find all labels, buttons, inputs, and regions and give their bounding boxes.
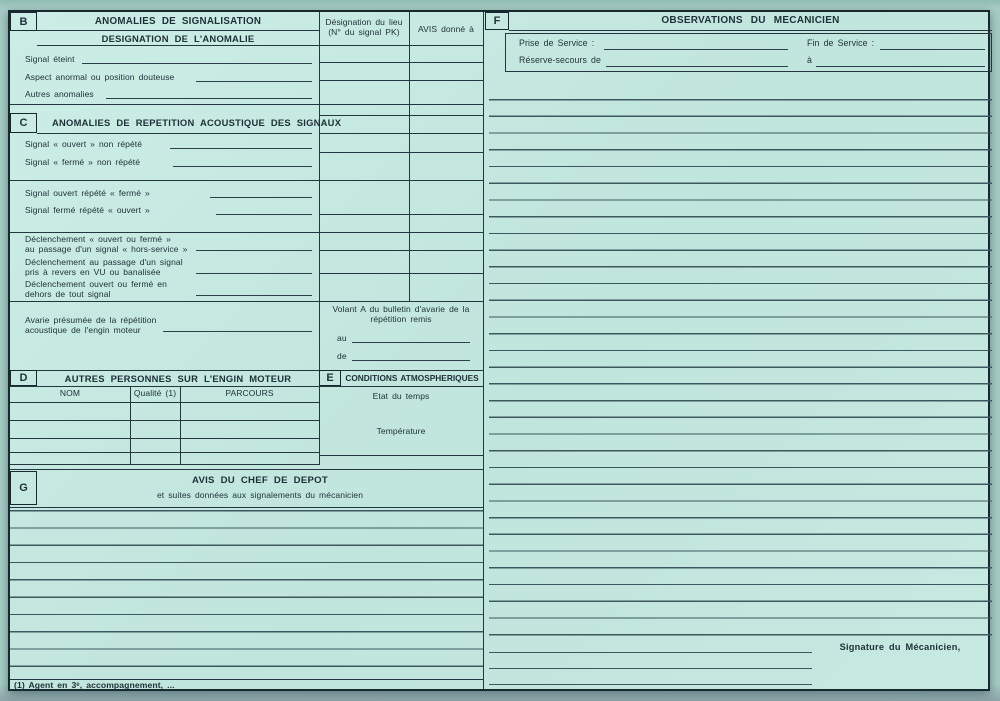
section-b-letter: B: [20, 16, 28, 28]
row-label-avarie-presumee: Avarie présumée de la répétition acousti…: [25, 316, 156, 336]
divider-line: [37, 133, 312, 134]
volant-line1: Volant A du bulletin d'avarie de la: [333, 304, 470, 314]
fill-line: [173, 166, 312, 167]
fill-line: [196, 250, 312, 251]
volant-note: Volant A du bulletin d'avarie de la répé…: [319, 305, 483, 325]
volant-line2: répétition remis: [370, 314, 431, 324]
section-e-title: CONDITIONS ATMOSPHERIQUES: [341, 373, 483, 383]
grid-row-line: [10, 464, 319, 465]
section-c-title: ANOMALIES DE REPETITION ACOUSTIQUE DES S…: [52, 117, 341, 128]
section-e-letter: E: [326, 372, 333, 384]
section-divider-line: [10, 301, 483, 302]
divider-line: [509, 30, 992, 31]
fill-line: [216, 214, 312, 215]
column-header-parcours: PARCOURS: [180, 389, 319, 399]
divider-line: [37, 30, 319, 31]
section-c-badge: C: [10, 113, 37, 133]
column-header-avis: AVIS donné à: [409, 25, 483, 35]
fill-line: [210, 197, 312, 198]
section-b-badge: B: [10, 12, 37, 31]
fill-line: [816, 66, 985, 67]
fin-de-service-label: Fin de Service :: [807, 39, 874, 49]
volant-de-label: de: [337, 352, 347, 362]
row-label-autres-anomalies: Autres anomalies: [25, 90, 94, 100]
section-g-subtitle: et suites données aux signalements du mé…: [37, 491, 483, 501]
railway-incident-form: B ANOMALIES DE SIGNALISATION DESIGNATION…: [8, 10, 990, 691]
section-divider-line: [10, 104, 483, 105]
signature-line: [489, 668, 812, 669]
section-divider-line: [10, 370, 483, 371]
section-b-subtitle: DESIGNATION DE L'ANOMALIE: [37, 33, 319, 44]
lieu-header-line1: Désignation du lieu: [325, 17, 402, 27]
fill-line: [82, 63, 312, 64]
fill-line: [106, 98, 312, 99]
section-divider-line: [10, 469, 483, 470]
row-label-declenchement-hors-service: Déclenchement « ouvert ou fermé » au pas…: [25, 235, 187, 255]
grid-row-line: [10, 420, 319, 421]
decl2-line1: Déclenchement au passage d'un signal: [25, 257, 183, 267]
grid-row-line: [319, 115, 483, 116]
fill-line: [170, 148, 312, 149]
decl3-line2: dehors de tout signal: [25, 289, 111, 299]
section-divider-line: [10, 180, 483, 181]
section-f-title: OBSERVATIONS DU MECANICIEN: [509, 15, 992, 26]
grid-row-line: [319, 455, 483, 456]
fill-line: [606, 66, 788, 67]
grid-row-line: [319, 214, 483, 215]
section-e-badge: E: [319, 370, 341, 386]
section-b-title: ANOMALIES DE SIGNALISATION: [37, 16, 319, 27]
fill-line: [196, 273, 312, 274]
section-f-badge: F: [485, 12, 509, 30]
ruled-lines-f: [489, 99, 992, 645]
row-label-ouvert-non-repete: Signal « ouvert » non répété: [25, 140, 142, 150]
section-g-title: AVIS DU CHEF DE DEPOT: [37, 475, 483, 486]
reserve-a-label: à: [807, 56, 812, 66]
grid-row-line: [319, 250, 483, 251]
divider-line: [37, 45, 483, 46]
row-label-declenchement-revers: Déclenchement au passage d'un signal pri…: [25, 258, 183, 278]
row-label-ouvert-repete-ferme: Signal ouvert répété « fermé »: [25, 189, 150, 199]
decl1-line2: au passage d'un signal « hors-service »: [25, 244, 187, 254]
grid-row-line: [319, 80, 483, 81]
column-header-nom: NOM: [10, 389, 130, 399]
grid-row-line: [10, 402, 319, 403]
column-header-lieu: Désignation du lieu (N° du signal PK): [319, 18, 409, 38]
row-label-aspect-anormal: Aspect anormal ou position douteuse: [25, 73, 174, 83]
section-c-letter: C: [20, 117, 28, 129]
avis-column-line: [409, 12, 410, 301]
decl3-line1: Déclenchement ouvert ou fermé en: [25, 279, 167, 289]
divider-line: [10, 507, 483, 508]
avarie-line1: Avarie présumée de la répétition: [25, 315, 156, 325]
row-label-ferme-non-repete: Signal « fermé » non répété: [25, 158, 140, 168]
fill-line: [196, 81, 312, 82]
prise-de-service-label: Prise de Service :: [519, 39, 594, 49]
signature-line: [489, 652, 812, 653]
row-label-ferme-repete-ouvert: Signal fermé répété « ouvert »: [25, 206, 150, 216]
section-g-badge: G: [10, 471, 37, 505]
decl2-line2: pris à revers en VU ou banalisée: [25, 267, 161, 277]
grid-row-line: [319, 152, 483, 153]
grid-row-line: [319, 273, 483, 274]
footnote: (1) Agent en 3ᵉ, accompagnement, ...: [14, 681, 175, 691]
grid-row-line: [319, 62, 483, 63]
main-divider-line: [483, 12, 484, 689]
section-f-letter: F: [494, 15, 501, 27]
lieu-header-line2: (N° du signal PK): [328, 27, 400, 37]
grid-row-line: [319, 133, 483, 134]
volant-au-label: au: [337, 334, 347, 344]
reserve-secours-label: Réserve-secours de: [519, 56, 601, 66]
fill-line: [604, 49, 788, 50]
fill-line: [352, 342, 470, 343]
signature-line: [489, 684, 812, 685]
section-d-badge: D: [10, 370, 37, 386]
fill-line: [196, 295, 312, 296]
decl1-line1: Déclenchement « ouvert ou fermé »: [25, 234, 171, 244]
grid-row-line: [10, 438, 319, 439]
section-d-title: AUTRES PERSONNES SUR L'ENGIN MOTEUR: [37, 373, 319, 384]
fill-line: [352, 360, 470, 361]
section-g-letter: G: [19, 482, 28, 494]
grid-row-line: [10, 452, 319, 453]
fill-line: [163, 331, 312, 332]
row-label-declenchement-dehors: Déclenchement ouvert ou fermé en dehors …: [25, 280, 167, 300]
fill-line: [880, 49, 985, 50]
row-label-signal-eteint: Signal éteint: [25, 55, 75, 65]
column-header-qualite: Qualité (1): [130, 389, 180, 399]
ruled-lines-g: [10, 510, 483, 668]
avarie-line2: acoustique de l'engin moteur: [25, 325, 141, 335]
signature-label: Signature du Mécanicien,: [810, 642, 990, 652]
temperature-label: Température: [319, 427, 483, 437]
section-d-letter: D: [20, 372, 28, 384]
etat-du-temps-label: Etat du temps: [319, 392, 483, 402]
